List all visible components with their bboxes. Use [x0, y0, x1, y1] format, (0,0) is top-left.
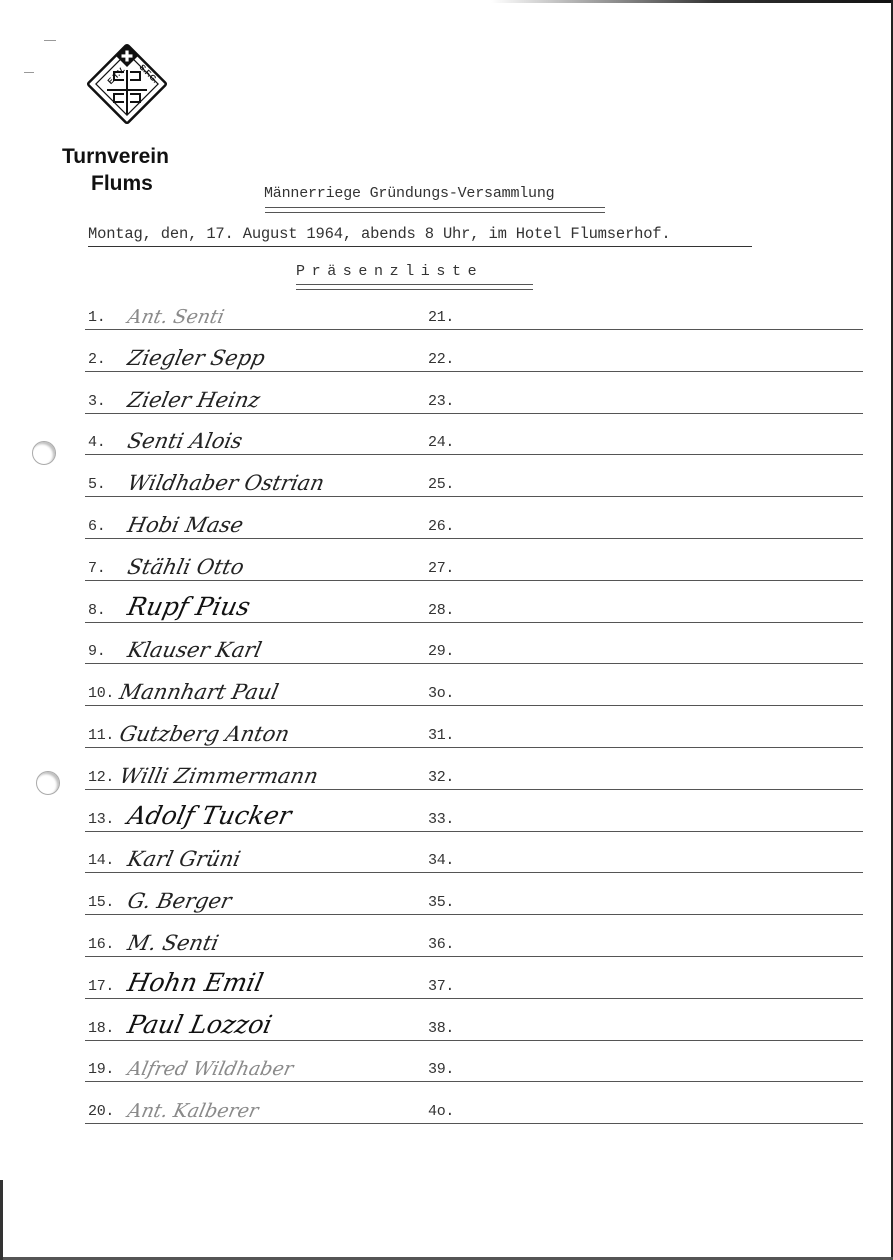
- signature: Ant. Senti: [126, 306, 227, 328]
- row-number-left: 7.: [88, 560, 105, 577]
- signature: Adolf Tucker: [125, 801, 294, 830]
- row-number-left: 10.: [88, 685, 114, 702]
- row-number-right: 22.: [428, 351, 454, 368]
- row-number-left: 8.: [88, 602, 105, 619]
- row-number-right: 38.: [428, 1020, 454, 1037]
- signature: Zieler Heinz: [125, 388, 262, 412]
- signature-line-left: [85, 622, 425, 623]
- signature: M. Senti: [125, 931, 220, 955]
- signature-line-left: [85, 956, 425, 957]
- signature-line-left: [85, 496, 425, 497]
- row-number-left: 2.: [88, 351, 105, 368]
- signature-line-right: [425, 329, 863, 330]
- row-number-right: 25.: [428, 476, 454, 493]
- row-number-left: 9.: [88, 643, 105, 660]
- signature-line-left: [85, 413, 425, 414]
- signature-line-left: [85, 872, 425, 873]
- row-number-right: 37.: [428, 978, 454, 995]
- signature-line-right: [425, 998, 863, 999]
- signature-line-left: [85, 789, 425, 790]
- row-number-left: 16.: [88, 936, 114, 953]
- row-number-left: 3.: [88, 393, 105, 410]
- signature-line-left: [85, 454, 425, 455]
- signature-line-left: [85, 998, 425, 999]
- row-number-right: 33.: [428, 811, 454, 828]
- signature-line-right: [425, 622, 863, 623]
- signature-line-left: [85, 831, 425, 832]
- row-number-right: 3o.: [428, 685, 454, 702]
- signature-line-right: [425, 580, 863, 581]
- row-number-left: 5.: [88, 476, 105, 493]
- signature: Hobi Mase: [125, 513, 245, 537]
- row-number-left: 6.: [88, 518, 105, 535]
- organization-name: Turnverein Flums: [62, 143, 169, 197]
- etv-sfg-emblem-icon: E.T.V. S.F.G.: [86, 43, 168, 125]
- signature-line-left: [85, 663, 425, 664]
- signature: Ziegler Sepp: [125, 346, 267, 370]
- signature-line-right: [425, 538, 863, 539]
- signature: Rupf Pius: [125, 592, 253, 621]
- stray-mark: [24, 72, 34, 73]
- document-title: Männerriege Gründungs-Versammlung: [264, 185, 554, 202]
- signature: Klauser Karl: [125, 638, 263, 662]
- list-title-double-underline: [296, 284, 533, 290]
- row-number-left: 13.: [88, 811, 114, 828]
- signature: Hohn Emil: [125, 968, 266, 997]
- signature-line-right: [425, 1123, 863, 1124]
- signature-line-left: [85, 580, 425, 581]
- subtitle-underline: [88, 246, 752, 247]
- row-number-right: 24.: [428, 434, 454, 451]
- signature: Wildhaber Ostrian: [125, 471, 326, 495]
- signature-line-right: [425, 496, 863, 497]
- organization-name-line1: Turnverein: [62, 143, 169, 170]
- signature: Karl Grüni: [125, 847, 242, 871]
- signature: Alfred Wildhaber: [126, 1058, 296, 1080]
- row-number-right: 31.: [428, 727, 454, 744]
- organization-name-line2: Flums: [62, 170, 169, 197]
- signature-line-left: [85, 538, 425, 539]
- row-number-right: 34.: [428, 852, 454, 869]
- signature-line-right: [425, 872, 863, 873]
- signature: Senti Alois: [125, 429, 244, 453]
- row-number-left: 17.: [88, 978, 114, 995]
- row-number-right: 28.: [428, 602, 454, 619]
- signature: G. Berger: [125, 889, 233, 913]
- row-number-left: 12.: [88, 769, 114, 786]
- signature: Mannhart Paul: [117, 680, 280, 704]
- signature-line-left: [85, 1040, 425, 1041]
- signature: Gutzberg Anton: [117, 722, 291, 746]
- signature-line-left: [85, 705, 425, 706]
- signature-line-right: [425, 371, 863, 372]
- scan-edge-left: [0, 1180, 3, 1260]
- row-number-right: 35.: [428, 894, 454, 911]
- row-number-right: 27.: [428, 560, 454, 577]
- row-number-right: 4o.: [428, 1103, 454, 1120]
- signature: Ant. Kalberer: [126, 1100, 261, 1122]
- signature-line-left: [85, 1123, 425, 1124]
- signature: Paul Lozzoi: [125, 1010, 275, 1039]
- signature-line-right: [425, 914, 863, 915]
- row-number-left: 19.: [88, 1061, 114, 1078]
- punch-hole-bottom: [36, 771, 60, 795]
- signature-line-right: [425, 956, 863, 957]
- scan-edge-top: [0, 0, 893, 3]
- row-number-left: 11.: [88, 727, 114, 744]
- row-number-left: 18.: [88, 1020, 114, 1037]
- punch-hole-top: [32, 441, 56, 465]
- signature-line-right: [425, 1040, 863, 1041]
- row-number-left: 14.: [88, 852, 114, 869]
- signature-line-right: [425, 663, 863, 664]
- signature-line-right: [425, 831, 863, 832]
- signature-line-left: [85, 747, 425, 748]
- signature-line-left: [85, 329, 425, 330]
- signature-line-left: [85, 914, 425, 915]
- signature-line-right: [425, 454, 863, 455]
- row-number-right: 23.: [428, 393, 454, 410]
- stray-mark: [44, 40, 56, 41]
- signature: Willi Zimmermann: [117, 764, 320, 788]
- title-double-underline: [265, 207, 605, 213]
- row-number-right: 36.: [428, 936, 454, 953]
- signature-line-left: [85, 1081, 425, 1082]
- row-number-right: 26.: [428, 518, 454, 535]
- row-number-left: 15.: [88, 894, 114, 911]
- row-number-right: 29.: [428, 643, 454, 660]
- row-number-right: 32.: [428, 769, 454, 786]
- signature-line-right: [425, 747, 863, 748]
- signature-line-left: [85, 371, 425, 372]
- signature: Stähli Otto: [125, 555, 246, 579]
- row-number-right: 21.: [428, 309, 454, 326]
- row-number-right: 39.: [428, 1061, 454, 1078]
- signature-line-right: [425, 1081, 863, 1082]
- row-number-left: 1.: [88, 309, 105, 326]
- signature-line-right: [425, 789, 863, 790]
- document-subtitle: Montag, den, 17. August 1964, abends 8 U…: [88, 225, 671, 243]
- row-number-left: 20.: [88, 1103, 114, 1120]
- signature-line-right: [425, 413, 863, 414]
- list-title: Präsenzliste: [296, 263, 483, 280]
- row-number-left: 4.: [88, 434, 105, 451]
- signature-line-right: [425, 705, 863, 706]
